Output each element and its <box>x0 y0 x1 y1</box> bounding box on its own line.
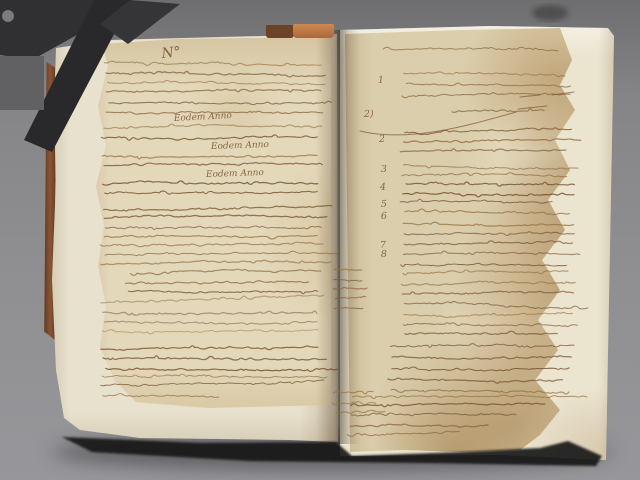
legible-fragment: Eodem Anno <box>210 140 270 152</box>
script-line <box>104 124 322 128</box>
book-block-shadow <box>62 437 602 466</box>
script-line <box>360 112 516 135</box>
script-line <box>103 311 317 315</box>
script-line <box>390 344 574 348</box>
legible-fragment: 3 <box>381 164 387 175</box>
script-line <box>400 149 566 152</box>
photograph: N°Eodem AnnoEodem AnnoEodem Anno12)23456… <box>0 0 640 480</box>
script-line <box>102 374 327 378</box>
legible-fragment: 5 <box>381 199 387 210</box>
script-line <box>106 89 320 92</box>
script-line <box>109 101 332 104</box>
script-line <box>392 367 569 371</box>
script-line <box>402 93 570 98</box>
script-line <box>101 260 331 264</box>
script-line <box>334 308 363 309</box>
script-line <box>105 251 337 256</box>
script-line <box>404 232 574 236</box>
script-line <box>404 251 580 255</box>
script-line <box>404 72 565 77</box>
script-line <box>403 323 577 327</box>
legible-fragment: 2 <box>378 134 385 145</box>
script-line <box>404 312 573 317</box>
script-line <box>126 281 309 284</box>
script-line <box>108 80 325 84</box>
script-line <box>102 330 318 334</box>
script-line <box>400 199 552 203</box>
script-line <box>348 431 460 436</box>
script-line <box>334 280 362 282</box>
legible-fragment: 1 <box>378 75 384 86</box>
script-line <box>101 295 324 303</box>
script-line <box>104 321 317 324</box>
script-line <box>405 331 557 334</box>
legible-fragment: Eodem Anno <box>205 168 265 180</box>
script-line <box>106 71 325 76</box>
script-line <box>104 215 327 219</box>
script-line <box>405 128 572 135</box>
script-line <box>105 191 317 194</box>
script-line <box>520 95 540 97</box>
script-line <box>104 206 332 211</box>
script-line <box>336 296 366 298</box>
script-line <box>104 61 321 65</box>
script-line <box>334 269 362 270</box>
script-line <box>105 226 321 229</box>
script-line <box>128 290 317 293</box>
handwriting-layer: N°Eodem AnnoEodem AnnoEodem Anno12)23456… <box>0 0 640 480</box>
script-line <box>351 403 545 407</box>
script-line <box>403 165 578 170</box>
script-line <box>403 139 580 143</box>
script-line <box>518 106 547 109</box>
script-line <box>405 301 588 308</box>
script-line <box>403 270 568 275</box>
script-line <box>102 135 318 140</box>
script-line <box>403 222 573 226</box>
script-line <box>101 380 324 386</box>
script-line <box>388 378 562 383</box>
script-line <box>392 356 571 359</box>
script-line <box>406 83 570 87</box>
script-line <box>402 173 567 177</box>
script-line <box>334 391 374 394</box>
script-line <box>106 368 338 371</box>
script-line <box>404 241 572 245</box>
script-line <box>401 263 567 266</box>
legible-fragment: N° <box>160 44 182 62</box>
book-cradle-clamp <box>0 0 180 152</box>
script-line <box>102 155 317 159</box>
script-line <box>406 182 574 186</box>
script-line <box>101 346 318 350</box>
script-line <box>452 109 544 113</box>
legible-fragment: 4 <box>379 182 386 193</box>
legible-fragment: Eodem Anno <box>173 111 233 124</box>
script-line <box>403 193 574 197</box>
script-line <box>402 291 573 294</box>
script-line <box>100 242 323 247</box>
script-line <box>104 235 317 239</box>
legible-fragment: 6 <box>381 211 387 222</box>
legible-fragment: 2) <box>363 109 374 120</box>
top-right-shadow-blob <box>532 5 568 21</box>
script-line <box>401 281 575 285</box>
script-line <box>103 394 219 398</box>
script-line <box>351 413 516 416</box>
script-line <box>391 389 569 394</box>
legible-fragment: 8 <box>381 249 387 260</box>
script-line <box>103 356 326 360</box>
clamp-screw-icon <box>2 10 14 22</box>
script-line <box>103 181 318 185</box>
clamp-base-block <box>0 56 44 110</box>
script-line <box>350 424 488 427</box>
script-line <box>383 47 558 51</box>
script-line <box>104 163 322 166</box>
handwritten-text: N°Eodem AnnoEodem AnnoEodem Anno12)23456… <box>100 44 588 436</box>
script-line <box>353 395 587 398</box>
script-line <box>131 269 321 275</box>
script-line <box>334 288 367 290</box>
script-line <box>405 209 569 214</box>
script-line <box>336 410 385 413</box>
